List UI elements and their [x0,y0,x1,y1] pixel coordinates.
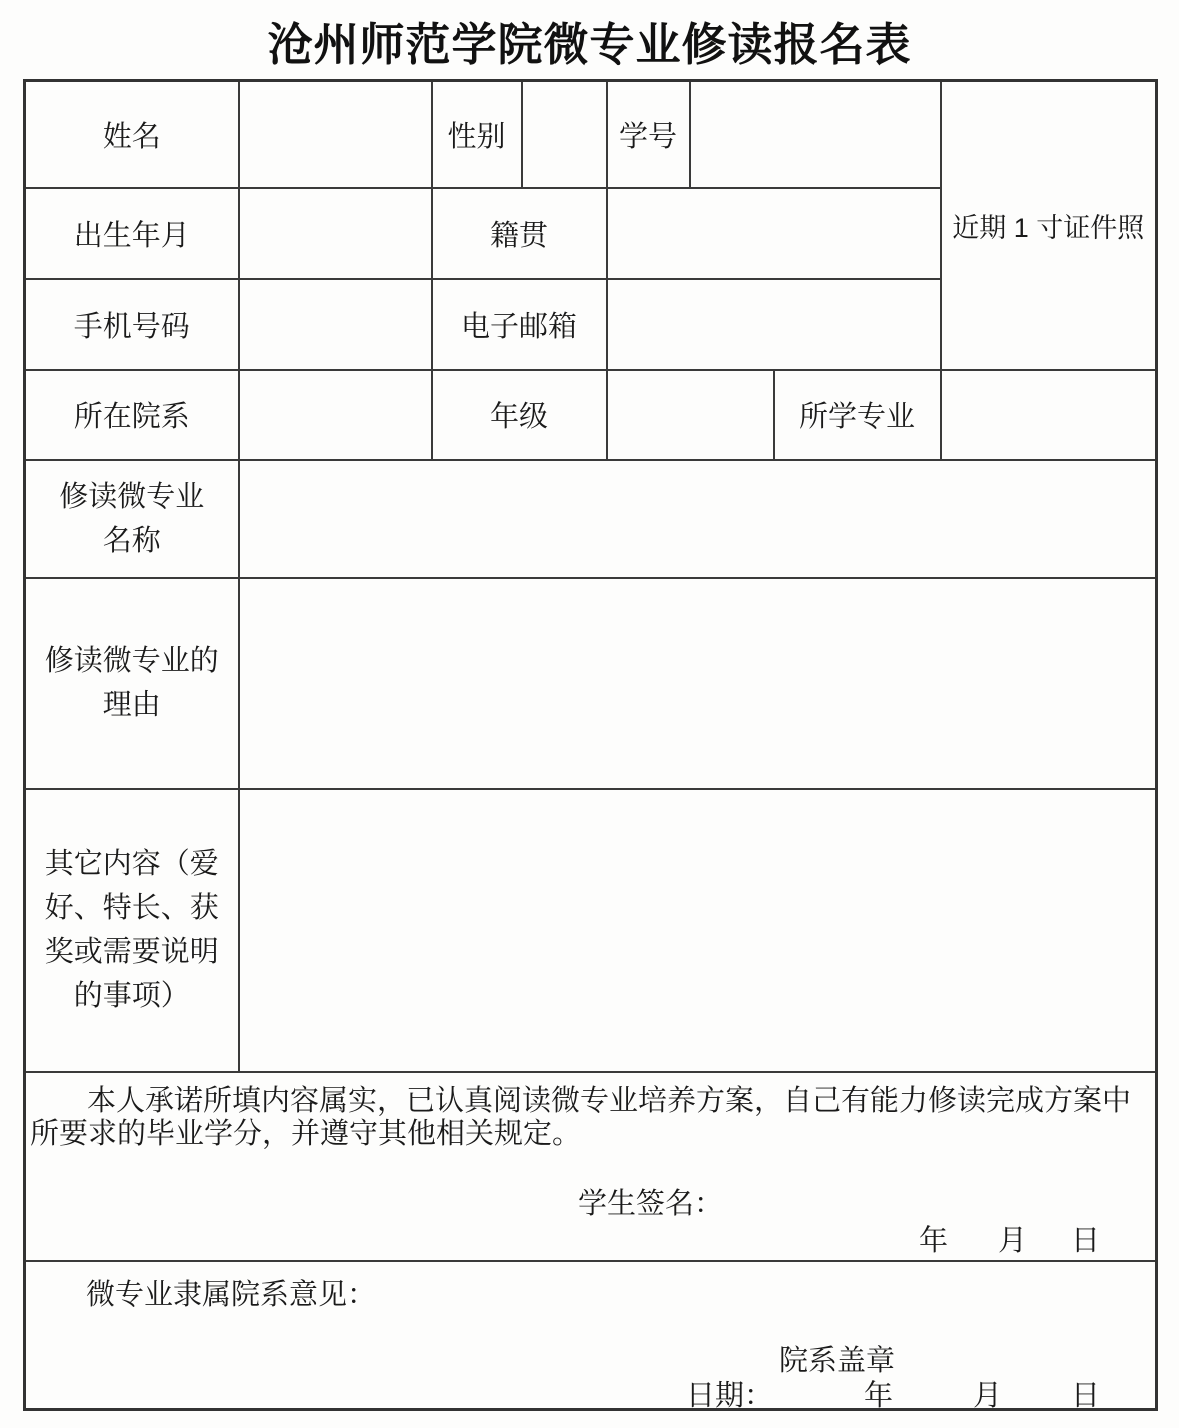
phone-value-cell [239,279,432,370]
grade-value-cell [607,370,774,460]
committee-month-label: 月 [973,1373,1002,1414]
grade-label: 年级 [432,370,607,460]
row-committee-opinion: 微专业隶属院系意见： 院系盖章 日期： 年 月 日 [25,1261,1157,1410]
birth-date-value-cell [239,188,432,279]
phone-label: 手机号码 [25,279,239,370]
row-basic-4: 所在院系 年级 所学专业 [25,370,1157,460]
other-content-value-cell [239,789,1157,1072]
row-basic-1: 姓名 性别 学号 近期 1 寸证件照 [25,81,1157,188]
email-value-cell [607,279,941,370]
major-label: 所学专业 [774,370,941,460]
committee-year-label: 年 [864,1373,893,1414]
row-declaration: 本人承诺所填内容属实，已认真阅读微专业培养方案，自己有能力修读完成方案中 所要求… [25,1072,1157,1261]
row-micro-major-reason: 修读微专业的 理由 [25,578,1157,789]
student-signature-label: 学生签名： [578,1181,723,1222]
photo-placeholder-cell: 近期 1 寸证件照 [941,81,1157,370]
row-micro-major-name: 修读微专业 名称 [25,460,1157,578]
declaration-year-label: 年 [919,1218,948,1259]
row-other-content: 其它内容（爱 好、特长、获 奖或需要说明 的事项） [25,789,1157,1072]
birth-date-label: 出生年月 [25,188,239,279]
declaration-month-label: 月 [998,1218,1027,1259]
student-id-value-cell [690,81,941,188]
committee-opinion-label: 微专业隶属院系意见： [86,1272,376,1313]
native-place-value-cell [607,188,941,279]
micro-major-reason-label: 修读微专业的 理由 [25,578,239,789]
declaration-cell: 本人承诺所填内容属实，已认真阅读微专业培养方案，自己有能力修读完成方案中 所要求… [25,1072,1157,1261]
major-value-cell [941,370,1157,460]
name-value-cell [239,81,432,188]
micro-major-name-label: 修读微专业 名称 [25,460,239,578]
page-title: 沧州师范学院微专业修读报名表 [0,8,1179,73]
application-form-table: 姓名 性别 学号 近期 1 寸证件照 出生年月 籍贯 手机号码 电子邮箱 所在院… [23,79,1158,1411]
department-label: 所在院系 [25,370,239,460]
gender-value-cell [522,81,607,188]
declaration-day-label: 日 [1071,1218,1100,1259]
committee-day-label: 日 [1071,1373,1100,1414]
micro-major-reason-value-cell [239,578,1157,789]
other-content-label: 其它内容（爱 好、特长、获 奖或需要说明 的事项） [25,789,239,1072]
student-id-label: 学号 [607,81,690,188]
email-label: 电子邮箱 [432,279,607,370]
name-label: 姓名 [25,81,239,188]
micro-major-name-value-cell [239,460,1157,578]
committee-cell: 微专业隶属院系意见： 院系盖章 日期： 年 月 日 [25,1261,1157,1410]
gender-label: 性别 [432,81,522,188]
committee-date-label: 日期： [686,1373,773,1414]
native-place-label: 籍贯 [432,188,607,279]
declaration-text: 本人承诺所填内容属实，已认真阅读微专业培养方案，自己有能力修读完成方案中 所要求… [26,1073,1155,1151]
department-value-cell [239,370,432,460]
